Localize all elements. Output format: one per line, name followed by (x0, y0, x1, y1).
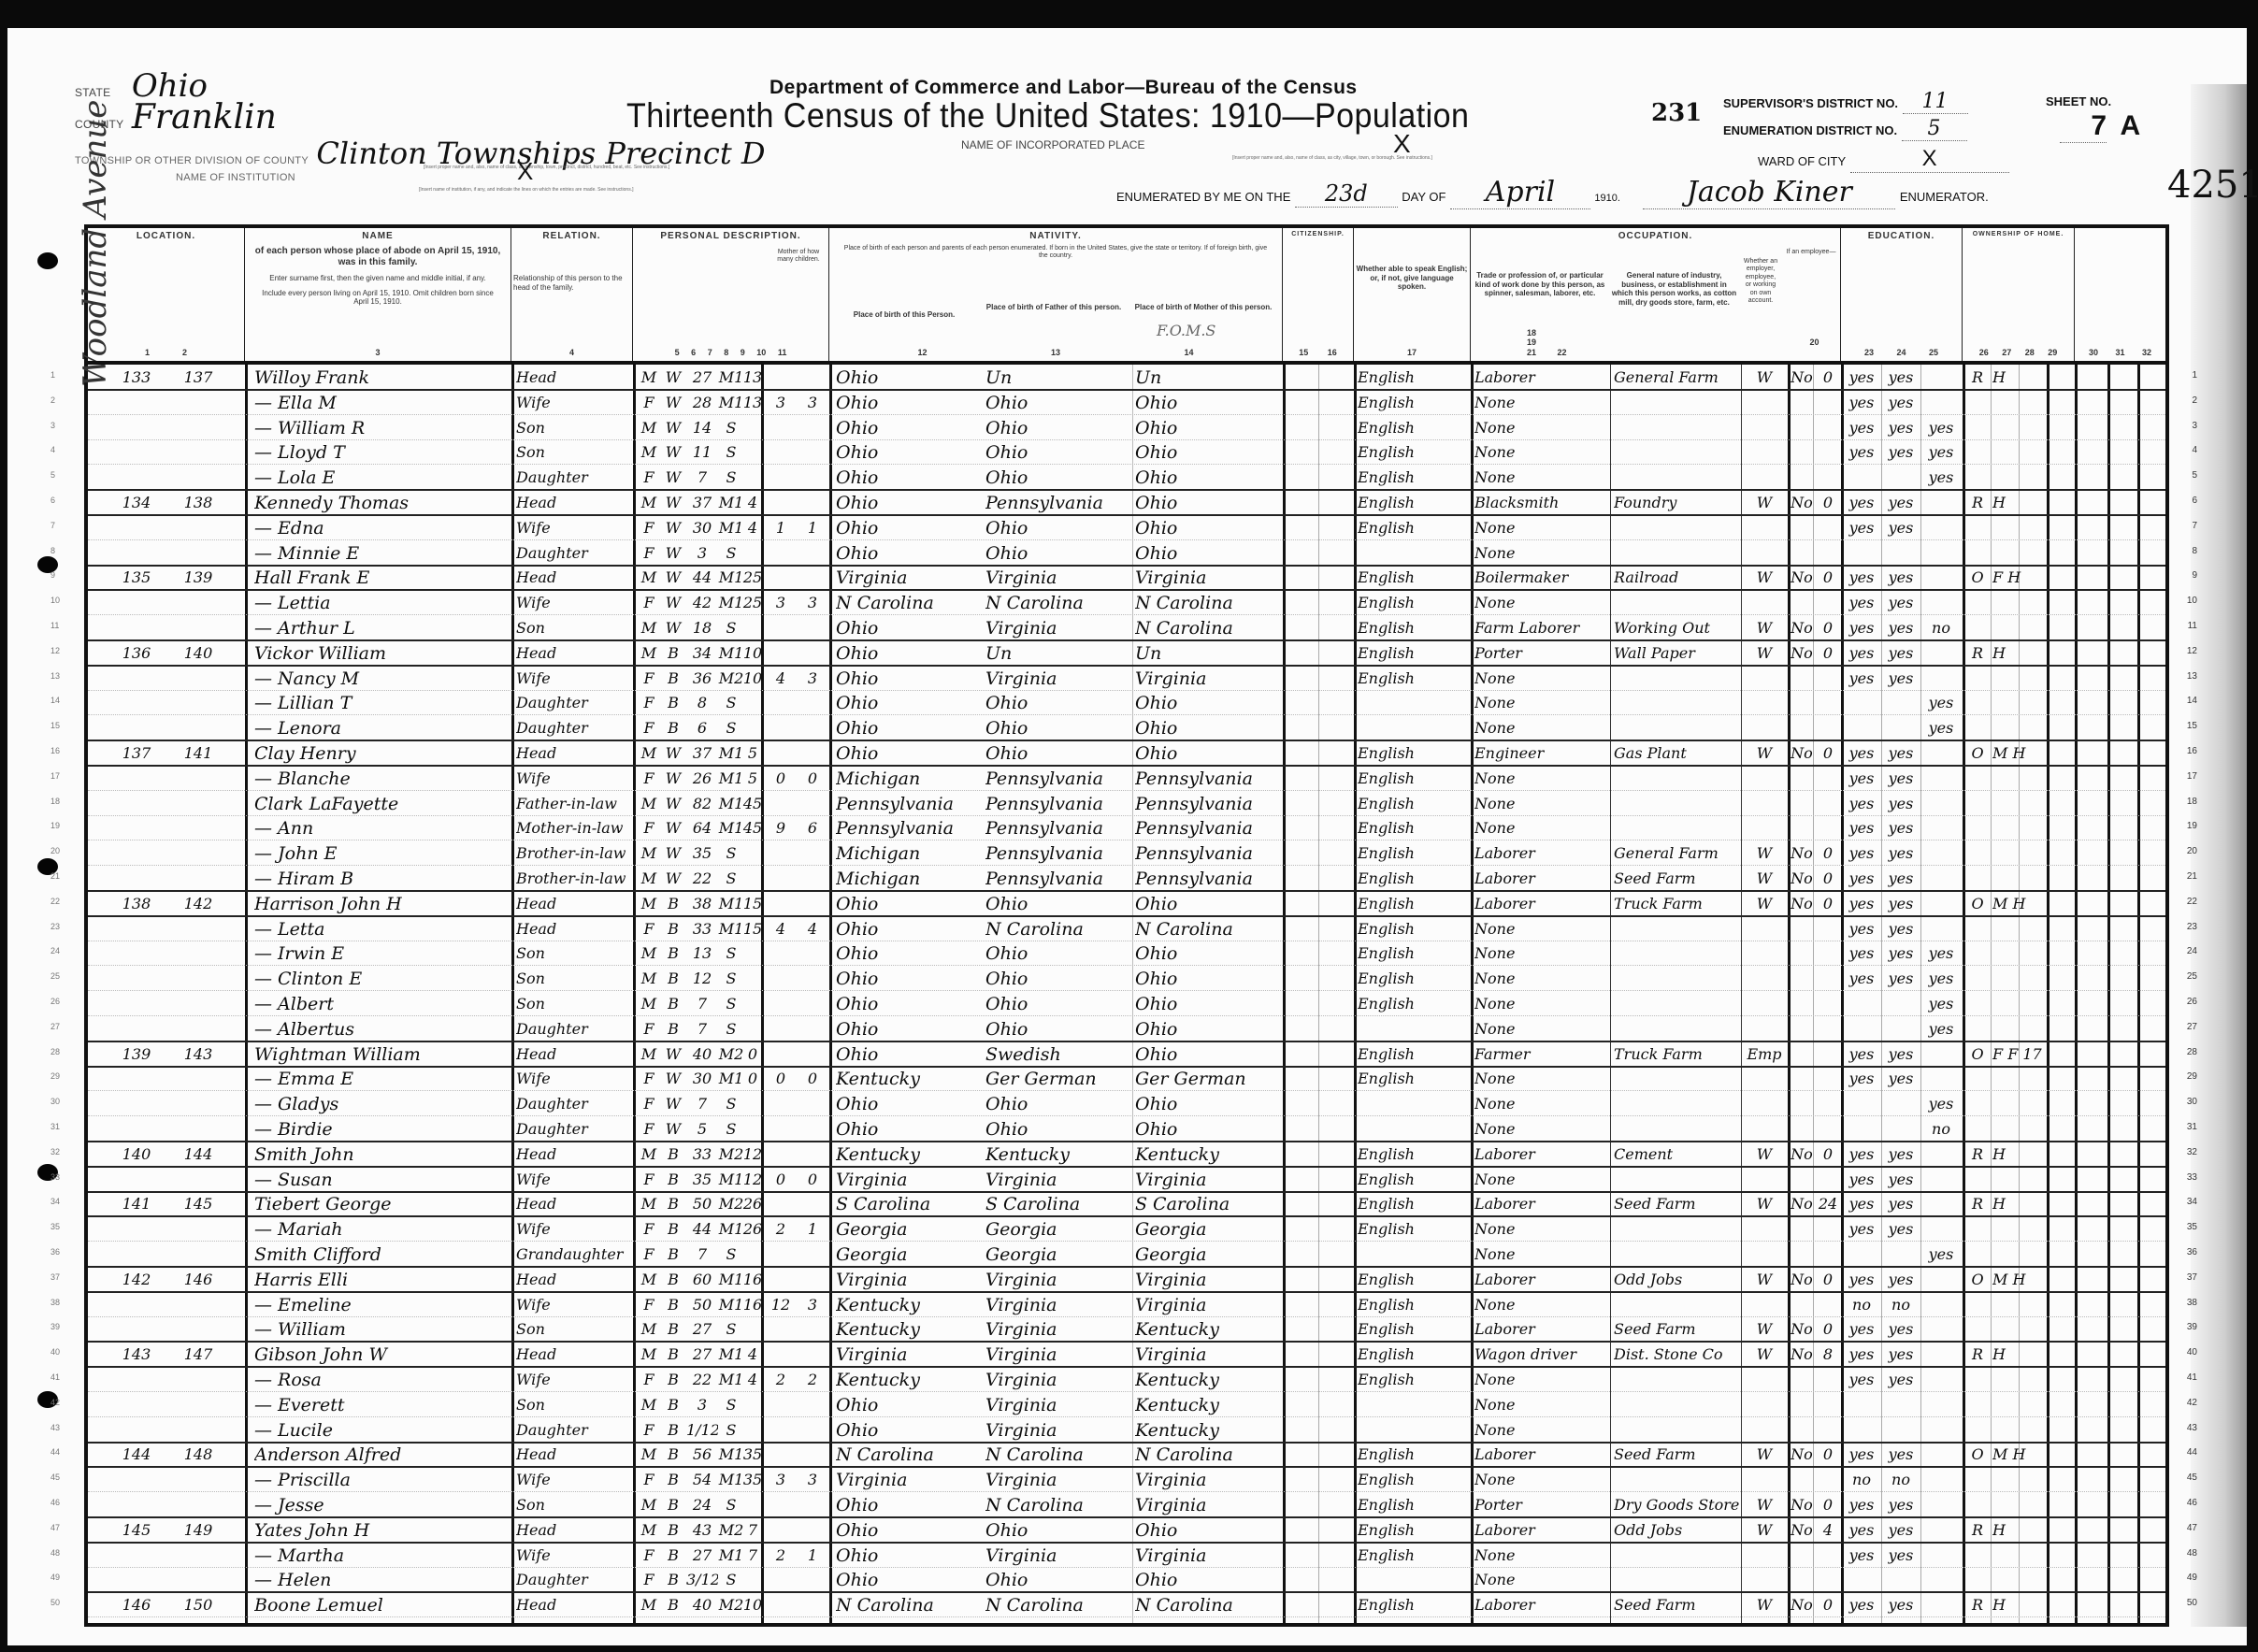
cell-name: — Emeline (254, 1294, 509, 1316)
cell-bp: Ohio (836, 717, 985, 740)
line-number: 33 (2187, 1172, 2197, 1183)
cell-bf: Virginia (985, 617, 1135, 639)
cell-emp (1743, 1018, 1786, 1041)
cell-bm: N Carolina (1135, 592, 1283, 614)
cell-own: R (1964, 366, 1991, 389)
cell-bp: Ohio (836, 617, 985, 639)
cell-read (1843, 467, 1880, 489)
cell-bp: Virginia (836, 1269, 985, 1291)
cell-emp (1743, 668, 1786, 690)
line-number: 38 (2187, 1298, 2197, 1308)
cell-age: 11 (686, 441, 718, 464)
cell-born: 12 (765, 1294, 797, 1316)
cell-sch (1921, 1143, 1961, 1166)
cell-read (1843, 542, 1880, 565)
cell-born (765, 1193, 797, 1215)
cell-living: 1 (797, 1544, 828, 1567)
cell-ms: M2 (718, 1043, 744, 1066)
cell-dw (108, 793, 165, 815)
cell-write: yes (1882, 968, 1920, 990)
cell-dw (108, 1218, 165, 1241)
cell-lang: English (1358, 1269, 1468, 1291)
cell-farm (1992, 441, 2073, 464)
cell-emp (1743, 817, 1786, 840)
cell-bm: Ohio (1135, 942, 1283, 965)
margin-line-number: 32 (50, 1147, 60, 1156)
cell-emp (1743, 1394, 1786, 1416)
punch-hole (37, 252, 58, 269)
margin-line-number: 34 (50, 1197, 60, 1206)
cell-trade: None (1474, 392, 1607, 414)
header-occupation: Occupation. Trade or profession of, or p… (1471, 228, 1841, 361)
cell-own (1964, 542, 1991, 565)
cell-bf: Un (985, 642, 1135, 665)
cell-bf: Georgia (985, 1243, 1135, 1266)
cell-fam (170, 1218, 226, 1241)
cell-ow (1790, 993, 1814, 1015)
cell-color: B (660, 942, 686, 965)
margin-line-number: 17 (50, 771, 60, 781)
table-row: 3636Smith CliffordGrandaughterFB7SGeorgi… (88, 1242, 2165, 1268)
line-number: 6 (2192, 496, 2197, 506)
cell-wk: 0 (1815, 893, 1841, 915)
margin-line-number: 11 (50, 621, 59, 630)
cell-name: — Lucile (254, 1419, 509, 1442)
cell-lang: English (1358, 567, 1468, 589)
cell-bp: Ohio (836, 1494, 985, 1516)
cell-wk (1815, 441, 1841, 464)
cell-rel: Son (516, 1494, 630, 1516)
cell-ms: M2 (718, 1193, 744, 1215)
cell-bp: Kentucky (836, 1294, 985, 1316)
cell-bm: Kentucky (1135, 1143, 1283, 1166)
table-row: 1313— Nancy MWifeFB36M21043OhioVirginiaV… (88, 666, 2165, 691)
line-number: 45 (2187, 1472, 2197, 1483)
cell-yrs (742, 868, 763, 890)
cell-dw: 140 (108, 1143, 165, 1166)
cell-yrs: 45 (742, 793, 763, 815)
cell-ms: M1 (718, 1444, 744, 1466)
cell-ind: Dry Goods Store (1614, 1494, 1739, 1516)
cell-ow: No (1790, 1343, 1814, 1366)
enumeration-day: 23d (1295, 180, 1398, 208)
cell-farm (1992, 1318, 2073, 1341)
cell-read: yes (1843, 1218, 1880, 1241)
cell-bp: Ohio (836, 893, 985, 915)
cell-sex: M (638, 1343, 660, 1366)
cell-ow: No (1790, 1143, 1814, 1166)
cell-read: yes (1843, 1143, 1880, 1166)
cell-living: 4 (797, 918, 828, 941)
cell-ow (1790, 1068, 1814, 1090)
cell-sex: M (638, 1043, 660, 1066)
cell-living: 3 (797, 1294, 828, 1316)
cell-farm (1992, 1569, 2073, 1591)
cell-name: — William (254, 1318, 509, 1341)
cell-rel: Wife (516, 668, 630, 690)
cell-sch (1921, 793, 1961, 815)
cell-write: yes (1882, 742, 1920, 765)
cell-living (797, 441, 828, 464)
cell-dw: 134 (108, 492, 165, 514)
cell-bp: Ohio (836, 742, 985, 765)
cell-ms: M1 (718, 1469, 744, 1491)
margin-line-number: 46 (50, 1498, 60, 1507)
cell-age: 7 (686, 993, 718, 1015)
census-rows: 11133137Willoy FrankHeadMW27M113OhioUnUn… (88, 365, 2165, 1623)
cell-ind: Truck Farm (1614, 1043, 1739, 1066)
cell-emp (1743, 417, 1786, 439)
cell-fam: 147 (170, 1343, 226, 1366)
table-row: 4747145149Yates John HHeadMB43M27OhioOhi… (88, 1517, 2165, 1544)
cell-ind (1614, 817, 1739, 840)
cell-ms: M1 (718, 1369, 744, 1391)
cell-yrs: 26 (742, 1218, 763, 1241)
cell-write: yes (1882, 942, 1920, 965)
table-row: 3838— EmelineWifeFB50M116123KentuckyVirg… (88, 1292, 2165, 1317)
cell-bm: Ohio (1135, 392, 1283, 414)
header-location: Location. 1 2 (88, 228, 245, 361)
cell-bm: Ohio (1135, 1519, 1283, 1542)
table-row: 3434141145Tiebert GeorgeHeadMB50M226S Ca… (88, 1191, 2165, 1217)
table-row: 2929— Emma EWifeFW30M1000KentuckyGer Ger… (88, 1066, 2165, 1091)
cell-born (765, 993, 797, 1015)
cell-sex: F (638, 1294, 660, 1316)
enumeration-district: Enumeration District No. 5 (1723, 117, 1967, 141)
cell-sch (1921, 1043, 1961, 1066)
cell-name: Clark LaFayette (254, 793, 509, 815)
page-stamp: 231 (1651, 99, 1702, 127)
cell-fam (170, 1093, 226, 1115)
cell-yrs: 4 (742, 1343, 763, 1366)
cell-fam (170, 417, 226, 439)
cell-sex: M (638, 1269, 660, 1291)
cell-bp: Ohio (836, 993, 985, 1015)
cell-trade: None (1474, 692, 1607, 714)
cell-bm: Georgia (1135, 1218, 1283, 1241)
cell-read: yes (1843, 1544, 1880, 1567)
cell-read: yes (1843, 1068, 1880, 1090)
cell-lang: English (1358, 793, 1468, 815)
cell-color: B (660, 968, 686, 990)
cell-write: yes (1882, 1169, 1920, 1191)
census-sheet: State Ohio County Franklin Township or o… (7, 28, 2247, 1645)
cell-fam (170, 592, 226, 614)
cell-lang: English (1358, 1193, 1468, 1215)
cell-bm: Virginia (1135, 1343, 1283, 1366)
cell-emp (1743, 1169, 1786, 1191)
table-row: 3131— BirdieDaughterFW5SOhioOhioOhioNone… (88, 1116, 2165, 1142)
cell-read: yes (1843, 1318, 1880, 1341)
cell-bf: S Carolina (985, 1193, 1135, 1215)
cell-living: 3 (797, 592, 828, 614)
cell-farm (1992, 1394, 2073, 1416)
cell-name: Boone Lemuel (254, 1594, 509, 1616)
cell-lang: English (1358, 517, 1468, 539)
cell-trade: None (1474, 993, 1607, 1015)
cell-bf: N Carolina (985, 918, 1135, 941)
cell-born (765, 417, 797, 439)
cell-rel: Head (516, 1193, 630, 1215)
cell-sex: M (638, 1394, 660, 1416)
table-row: 1818Clark LaFayetteFather-in-lawMW82M145… (88, 791, 2165, 816)
cell-living (797, 893, 828, 915)
cell-ms: S (718, 1018, 744, 1041)
cell-living (797, 467, 828, 489)
cell-ind: Seed Farm (1614, 1318, 1739, 1341)
cell-fam (170, 817, 226, 840)
cell-rel: Son (516, 993, 630, 1015)
cell-age: 30 (686, 1068, 718, 1090)
cell-ow: No (1790, 868, 1814, 890)
cell-color: W (660, 366, 686, 389)
cell-lang (1358, 1118, 1468, 1141)
cell-trade: Porter (1474, 1494, 1607, 1516)
cell-write: yes (1882, 1143, 1920, 1166)
cell-trade: Engineer (1474, 742, 1607, 765)
cell-color: W (660, 817, 686, 840)
cell-yrs (742, 1569, 763, 1591)
margin-line-number: 8 (50, 546, 55, 555)
enumerator-signature: Jacob Kiner (1643, 176, 1895, 209)
cell-read (1843, 1118, 1880, 1141)
cell-rel: Mother-in-law (516, 817, 630, 840)
cell-ind: Foundry (1614, 492, 1739, 514)
cell-lang: English (1358, 842, 1468, 865)
cell-ow (1790, 1394, 1814, 1416)
cell-rel: Daughter (516, 692, 630, 714)
margin-line-number: 6 (50, 496, 55, 505)
cell-living (797, 692, 828, 714)
cell-color: W (660, 392, 686, 414)
cell-rel: Head (516, 918, 630, 941)
cell-ms: S (718, 1318, 744, 1341)
cell-ow: No (1790, 492, 1814, 514)
cell-ind: Dist. Stone Co (1614, 1343, 1739, 1366)
cell-color: W (660, 492, 686, 514)
cell-bm: Pennsylvania (1135, 768, 1283, 790)
cell-ind (1614, 1469, 1739, 1491)
cell-trade: Porter (1474, 642, 1607, 665)
cell-own (1964, 392, 1991, 414)
cell-born (765, 441, 797, 464)
cell-ms: S (718, 1243, 744, 1266)
cell-sex: F (638, 1469, 660, 1491)
cell-trade: None (1474, 1018, 1607, 1041)
cell-yrs (742, 1118, 763, 1141)
line-number: 11 (2188, 621, 2197, 631)
cell-yrs (742, 717, 763, 740)
cell-wk (1815, 542, 1841, 565)
cell-ind (1614, 1169, 1739, 1191)
cell-farm (1992, 1469, 2073, 1491)
enumeration-month: April (1450, 176, 1590, 209)
cell-lang: English (1358, 1469, 1468, 1491)
cell-trade: None (1474, 1569, 1607, 1591)
cell-bm: Ohio (1135, 993, 1283, 1015)
cell-sch (1921, 1569, 1961, 1591)
cell-read: yes (1843, 441, 1880, 464)
cell-living (797, 1193, 828, 1215)
cell-bf: Virginia (985, 1169, 1135, 1191)
margin-line-number: 25 (50, 971, 60, 981)
cell-ow: No (1790, 617, 1814, 639)
cell-living (797, 1043, 828, 1066)
cell-bf: Un (985, 366, 1135, 389)
cell-farm (1992, 467, 2073, 489)
cell-sch (1921, 1318, 1961, 1341)
cell-living (797, 542, 828, 565)
cell-bp: Ohio (836, 1118, 985, 1141)
cell-read: yes (1843, 768, 1880, 790)
table-row: 66134138Kennedy ThomasHeadMW37M14OhioPen… (88, 490, 2165, 516)
cell-sex: M (638, 1143, 660, 1166)
cell-living (797, 968, 828, 990)
cell-sex: F (638, 817, 660, 840)
corner-note: 4251 (2167, 164, 2258, 207)
cell-yrs (742, 1318, 763, 1341)
cell-read: yes (1843, 617, 1880, 639)
cell-write (1882, 993, 1920, 1015)
cell-living (797, 366, 828, 389)
cell-dw: 142 (108, 1269, 165, 1291)
cell-yrs: 10 (742, 642, 763, 665)
cell-ind (1614, 392, 1739, 414)
cell-ms: M2 (718, 668, 744, 690)
cell-yrs (742, 942, 763, 965)
cell-fam (170, 968, 226, 990)
cell-wk (1815, 993, 1841, 1015)
cell-ms: S (718, 417, 744, 439)
cell-fam (170, 1294, 226, 1316)
cell-bm: Ohio (1135, 492, 1283, 514)
cell-living (797, 793, 828, 815)
cell-read: yes (1843, 793, 1880, 815)
cell-bm: Ohio (1135, 441, 1283, 464)
line-number: 35 (2187, 1222, 2197, 1232)
cell-write (1882, 1243, 1920, 1266)
cell-dw (108, 1469, 165, 1491)
cell-living: 2 (797, 1369, 828, 1391)
cell-dw: 136 (108, 642, 165, 665)
table-row: 1919— AnnMother-in-lawFW64M14596Pennsylv… (88, 815, 2165, 840)
cell-lang: English (1358, 768, 1468, 790)
census-title: Thirteenth Census of the United States: … (626, 96, 1469, 136)
cell-yrs (742, 417, 763, 439)
cell-trade: Laborer (1474, 868, 1607, 890)
line-number: 13 (2187, 671, 2197, 682)
cell-born (765, 1093, 797, 1115)
margin-line-number: 36 (50, 1247, 60, 1257)
cell-ind (1614, 1118, 1739, 1141)
cell-wk (1815, 1169, 1841, 1191)
cell-ms: S (718, 542, 744, 565)
line-number: 34 (2187, 1197, 2197, 1207)
line-number: 17 (2187, 771, 2197, 782)
cell-fam: 142 (170, 893, 226, 915)
cell-wk (1815, 817, 1841, 840)
cell-write (1882, 467, 1920, 489)
cell-ow: No (1790, 893, 1814, 915)
cell-bf: N Carolina (985, 1594, 1135, 1616)
cell-read: yes (1843, 1269, 1880, 1291)
cell-own (1964, 1118, 1991, 1141)
cell-name: — Edna (254, 517, 509, 539)
cell-sex: M (638, 417, 660, 439)
cell-dw: 145 (108, 1519, 165, 1542)
cell-age: 12 (686, 968, 718, 990)
cell-name: — Albertus (254, 1018, 509, 1041)
cell-ind: Odd Jobs (1614, 1519, 1739, 1542)
cell-lang: English (1358, 492, 1468, 514)
cell-farm (1992, 868, 2073, 890)
cell-color: W (660, 617, 686, 639)
cell-read: yes (1843, 392, 1880, 414)
cell-read: yes (1843, 817, 1880, 840)
cell-trade: None (1474, 1169, 1607, 1191)
cell-name: — Gladys (254, 1093, 509, 1115)
cell-bm: S Carolina (1135, 1193, 1283, 1215)
cell-dw: 139 (108, 1043, 165, 1066)
margin-line-number: 42 (50, 1398, 60, 1407)
cell-rel: Wife (516, 1218, 630, 1241)
cell-wk: 8 (1815, 1343, 1841, 1366)
cell-bf: Virginia (985, 1544, 1135, 1567)
cell-age: 64 (686, 817, 718, 840)
cell-ind (1614, 793, 1739, 815)
cell-lang (1358, 1018, 1468, 1041)
cell-ms: M2 (718, 1143, 744, 1166)
cell-farm (1992, 517, 2073, 539)
cell-ind: Seed Farm (1614, 1444, 1739, 1466)
cell-own (1964, 1068, 1991, 1090)
cell-ind (1614, 1243, 1739, 1266)
cell-living (797, 617, 828, 639)
cell-color: B (660, 1469, 686, 1491)
cell-dw: 137 (108, 742, 165, 765)
cell-fam: 148 (170, 1444, 226, 1466)
cell-emp: W (1743, 1193, 1786, 1215)
cell-born (765, 1594, 797, 1616)
cell-age: 22 (686, 868, 718, 890)
margin-line-number: 14 (50, 696, 60, 705)
cell-living (797, 1594, 828, 1616)
cell-color: B (660, 918, 686, 941)
margin-line-number: 7 (50, 521, 55, 530)
cell-sex: M (638, 842, 660, 865)
institution-hint: [Insert name of institution, if any, and… (419, 187, 633, 193)
cell-born (765, 492, 797, 514)
cell-living (797, 1494, 828, 1516)
cell-own (1964, 1318, 1991, 1341)
cell-bm: Pennsylvania (1135, 842, 1283, 865)
cell-lang (1358, 1093, 1468, 1115)
cell-farm: F H (1992, 567, 2073, 589)
table-row: 2222138142Harrison John HHeadMB38M115Ohi… (88, 891, 2165, 917)
cell-age: 22 (686, 1369, 718, 1391)
cell-write: yes (1882, 592, 1920, 614)
cell-ow: No (1790, 1193, 1814, 1215)
cell-rel: Head (516, 1269, 630, 1291)
cell-bp: Virginia (836, 1469, 985, 1491)
cell-fam (170, 1169, 226, 1191)
line-number: 22 (2187, 897, 2197, 907)
cell-rel: Head (516, 1594, 630, 1616)
cell-farm (1992, 1544, 2073, 1567)
cell-farm: H (1992, 1519, 2073, 1542)
cell-bp: Ohio (836, 1569, 985, 1591)
cell-age: 30 (686, 517, 718, 539)
